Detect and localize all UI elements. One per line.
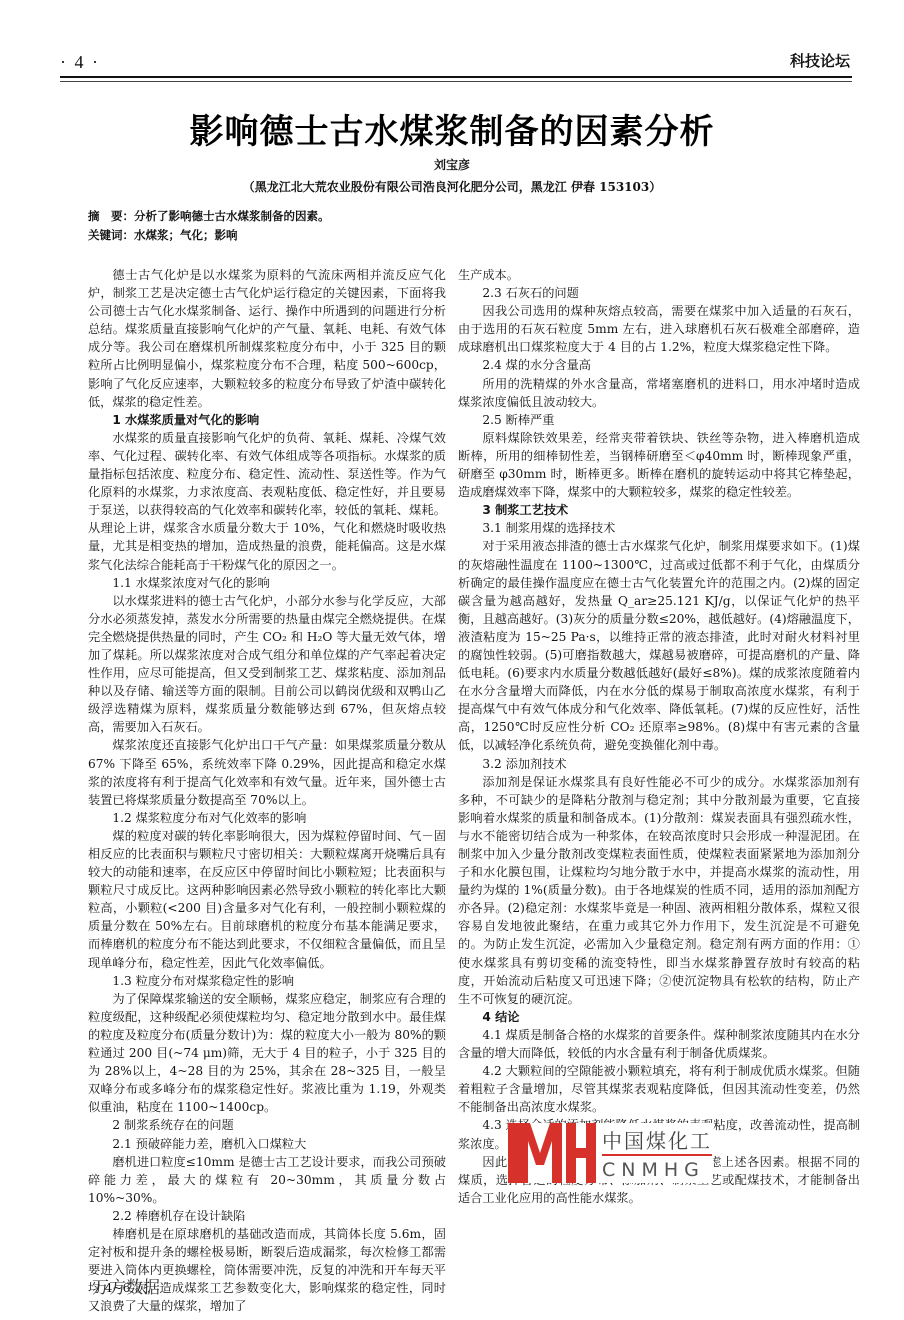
body-paragraph: 煤的粒度对碳的转化率影响很大，因为煤粒停留时间、气－固相反应的比表面积与颗粒尺寸… xyxy=(88,827,446,972)
body-paragraph: 德士古气化炉是以水煤浆为原料的气流床两相并流反应气化炉，制浆工艺是决定德士古气化… xyxy=(88,266,446,411)
subsection-heading: 2.4 煤的水分含量高 xyxy=(458,356,860,374)
body-paragraph: 水煤浆的质量直接影响气化炉的负荷、氧耗、煤耗、冷煤气效率、气化过程、碳转化率、有… xyxy=(88,429,446,574)
subsection-heading: 2.1 预破碎能力差，磨机入口煤粒大 xyxy=(88,1135,446,1153)
subsection-heading: 3.2 添加剂技术 xyxy=(458,755,860,773)
body-paragraph: 为了保障煤浆输送的安全顺畅，煤浆应稳定，制浆应有合理的粒度级配，这种级配必须使煤… xyxy=(88,990,446,1117)
left-text-column: 德士古气化炉是以水煤浆为原料的气流床两相并流反应气化炉，制浆工艺是决定德士古气化… xyxy=(88,266,446,1315)
section-heading: 4 结论 xyxy=(458,1008,860,1026)
right-text-column: 生产成本。2.3 石灰石的问题因我公司选用的煤种灰熔点较高，需要在煤浆中加入适量… xyxy=(458,266,860,1207)
logo-divider xyxy=(602,1154,712,1156)
article-title: 影响德士古水煤浆制备的因素分析 xyxy=(0,104,904,153)
keywords-line: 关键词：水煤浆；气化；影响 xyxy=(88,226,330,245)
page-number: · 4 · xyxy=(60,52,100,73)
header-rule xyxy=(60,76,852,82)
body-paragraph: 生产成本。 xyxy=(458,266,860,284)
abstract-line: 摘 要：分析了影响德士古水煤浆制备的因素。 xyxy=(88,207,330,226)
mh-logo-icon xyxy=(508,1123,596,1183)
body-paragraph: 4.2 大颗粒间的空隙能被小颗粒填充，将有利于制成优质水煤浆。但随着粗粒子含量增… xyxy=(458,1062,860,1116)
body-paragraph: 煤浆浓度还直接影气化炉出口干气产量：如果煤浆质量分数从 67% 下降至 65%，… xyxy=(88,736,446,808)
subsection-heading: 2 制浆系统存在的问题 xyxy=(88,1116,446,1134)
subsection-heading: 3.1 制浆用煤的选择技术 xyxy=(458,519,860,537)
section-heading: 1 水煤浆质量对气化的影响 xyxy=(88,411,446,429)
subsection-heading: 1.3 粒度分布对煤浆稳定性的影响 xyxy=(88,972,446,990)
body-paragraph: 磨机进口粒度≤10mm 是德士古工艺设计要求，而我公司预破碎能力差，最大的煤粒有… xyxy=(88,1153,446,1207)
body-paragraph: 添加剂是保证水煤浆具有良好性能必不可少的成分。水煤浆添加剂有多种，不可缺少的是降… xyxy=(458,773,860,1008)
subsection-heading: 1.1 水煤浆浓度对气化的影响 xyxy=(88,574,446,592)
subsection-heading: 2.2 棒磨机存在设计缺陷 xyxy=(88,1207,446,1225)
body-paragraph: 4.1 煤质是制备合格的水煤浆的首要条件。煤种制浆浓度随其内在水分含量的增大而降… xyxy=(458,1026,860,1062)
journal-section-name: 科技论坛 xyxy=(790,50,850,71)
body-paragraph: 棒磨机是在原球磨机的基础改造而成，其筒体长度 5.6m，固定衬板和提升条的螺栓极… xyxy=(88,1225,446,1315)
section-heading: 3 制浆工艺技术 xyxy=(458,501,860,519)
article-author: 刘宝彦 xyxy=(0,156,904,173)
abstract-text: 分析了影响德士古水煤浆制备的因素。 xyxy=(134,209,330,223)
body-paragraph: 所用的洗精煤的外水含量高，常堵塞磨机的进料口，用水冲堵时造成煤浆浓度偏低且波动较… xyxy=(458,375,860,411)
subsection-heading: 2.5 断棒严重 xyxy=(458,411,860,429)
abstract-block: 摘 要：分析了影响德士古水煤浆制备的因素。 关键词：水煤浆；气化；影响 xyxy=(88,207,330,245)
body-paragraph: 因我公司选用的煤种灰熔点较高，需要在煤浆中加入适量的石灰石，由于选用的石灰石粒度… xyxy=(458,302,860,356)
keywords-label: 关键词： xyxy=(88,228,134,242)
keywords-text: 水煤浆；气化；影响 xyxy=(134,228,238,242)
subsection-heading: 2.3 石灰石的问题 xyxy=(458,284,860,302)
logo-chinese-name: 中国煤化工 xyxy=(602,1125,712,1154)
subsection-heading: 1.2 煤浆粒度分布对气化效率的影响 xyxy=(88,809,446,827)
body-paragraph: 原料煤除铁效果差，经常夹带着铁块、铁丝等杂物，进入棒磨机造成断棒，所用的细棒韧性… xyxy=(458,429,860,501)
author-affiliation: （黑龙江北大荒农业股份有限公司浩良河化肥分公司，黑龙江 伊春 153103） xyxy=(0,178,904,195)
body-paragraph: 以水煤浆进料的德士古气化炉，小部分水参与化学反应，大部分水必须蒸发掉，蒸发水分所… xyxy=(88,592,446,737)
body-paragraph: 对于采用液态排渣的德士古水煤浆气化炉，制浆用煤要求如下。(1)煤的灰熔融性温度在… xyxy=(458,537,860,754)
cnmhg-watermark-logo: 中国煤化工 CNMHG xyxy=(508,1123,713,1183)
source-watermark: 万方数据 xyxy=(92,1273,160,1298)
abstract-label: 摘 要： xyxy=(88,209,134,223)
logo-english-name: CNMHG xyxy=(602,1159,705,1181)
